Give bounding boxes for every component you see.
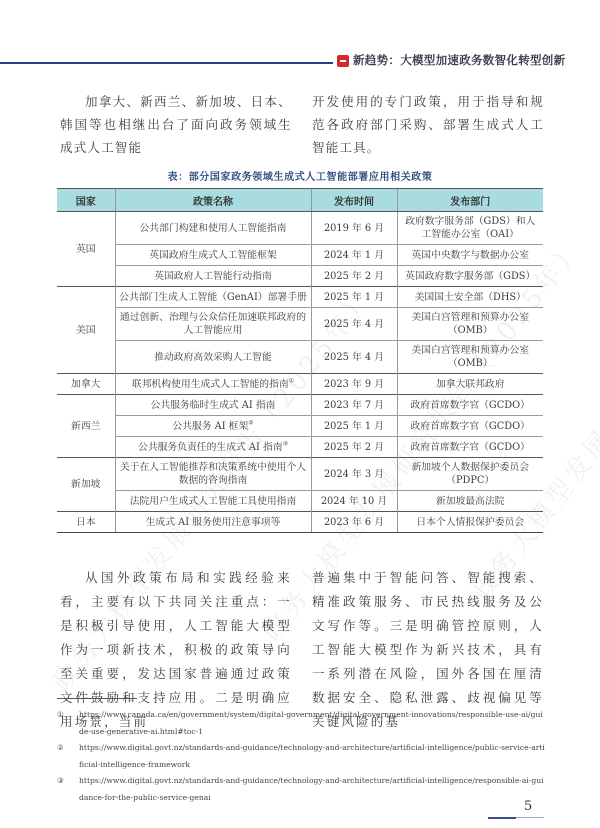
department-cell: 政府首席数字官（GCDO） xyxy=(397,416,543,437)
country-cell: 新加坡 xyxy=(57,458,115,512)
table-header-row: 国家 政策名称 发布时间 发布部门 xyxy=(57,189,543,212)
table-row: 通过创新、治理与公众信任加速联邦政府的人工智能应用 2025 年 4 月 美国白… xyxy=(57,308,543,341)
column-header-date: 发布时间 xyxy=(311,189,397,212)
policy-text: 联邦机构使用生成式人工智能的指南 xyxy=(132,379,289,390)
table-row: 新西兰 公共服务临时生成式 AI 指南 2023 年 7 月 政府首席数字官（G… xyxy=(57,395,543,416)
policy-cell: 公共服务 AI 框架② xyxy=(115,416,311,437)
country-cell: 日本 xyxy=(57,512,115,533)
footnote: ③ https://www.digital.govt.nz/standards-… xyxy=(57,772,547,806)
policy-cell: 通过创新、治理与公众信任加速联邦政府的人工智能应用 xyxy=(115,308,311,341)
table-caption: 表：部分国家政务领域生成式人工智能部署应用相关政策 xyxy=(0,168,600,183)
country-cell: 英国 xyxy=(57,212,115,287)
footnote-link[interactable]: https://www.canada.ca/en/government/syst… xyxy=(79,706,547,740)
date-cell: 2024 年 10 月 xyxy=(311,491,397,512)
intro-paragraph-right: 开发使用的专门政策，用于指导和规范各政府部门采购、部署生成式人工智能工具。 xyxy=(312,90,544,159)
policy-cell: 生成式 AI 服务使用注意事项等 xyxy=(115,512,311,533)
country-cell: 新西兰 xyxy=(57,395,115,458)
table-row: 加拿大 联邦机构使用生成式人工智能的指南① 2023 年 9 月 加拿大联邦政府 xyxy=(57,374,543,395)
date-cell: 2025 年 1 月 xyxy=(311,287,397,308)
footnote-link[interactable]: https://www.digital.govt.nz/standards-an… xyxy=(79,739,547,773)
date-cell: 2024 年 3 月 xyxy=(311,458,397,491)
footnote-number: ③ xyxy=(57,772,64,789)
policy-cell: 关于在人工智能推荐和决策系统中使用个人数据的咨询指南 xyxy=(115,458,311,491)
column-header-department: 发布部门 xyxy=(397,189,543,212)
date-cell: 2023 年 7 月 xyxy=(311,395,397,416)
department-cell: 英国政府数字服务部（GDS） xyxy=(397,266,543,287)
policy-cell: 推动政府高效采购人工智能 xyxy=(115,341,311,374)
policy-text: 公共服务 AI 框架 xyxy=(172,421,248,432)
header-rule xyxy=(0,62,333,64)
table-row: 英国政府人工智能行动指南 2025 年 2 月 英国政府数字服务部（GDS） xyxy=(57,266,543,287)
column-header-policy: 政策名称 xyxy=(115,189,311,212)
date-cell: 2025 年 2 月 xyxy=(311,437,397,458)
date-cell: 2023 年 9 月 xyxy=(311,374,397,395)
date-cell: 2025 年 1 月 xyxy=(311,416,397,437)
date-cell: 2025 年 2 月 xyxy=(311,266,397,287)
footnote: ② https://www.digital.govt.nz/standards-… xyxy=(57,739,547,773)
date-cell: 2019 年 6 月 xyxy=(311,212,397,245)
table-row: 法院用户生成式人工智能工具使用指南 2024 年 10 月 新加坡最高法院 xyxy=(57,491,543,512)
department-cell: 美国国土安全部（DHS） xyxy=(397,287,543,308)
footnote: ① https://www.canada.ca/en/government/sy… xyxy=(57,706,547,740)
country-cell: 加拿大 xyxy=(57,374,115,395)
country-cell: 美国 xyxy=(57,287,115,374)
policy-cell: 英国政府生成式人工智能框架 xyxy=(115,245,311,266)
date-cell: 2025 年 4 月 xyxy=(311,341,397,374)
page-number-rule xyxy=(516,817,544,818)
policy-cell: 英国政府人工智能行动指南 xyxy=(115,266,311,287)
department-cell: 日本个人情报保护委员会 xyxy=(397,512,543,533)
table-row: 英国 公共部门构建和使用人工智能指南 2019 年 6 月 政府数字服务部（GD… xyxy=(57,212,543,245)
intro-paragraph-left: 加拿大、新西兰、新加坡、日本、韩国等也相继出台了面向政务领域生成式人工智能 xyxy=(60,90,292,159)
footnote-divider xyxy=(57,698,137,699)
department-cell: 美国白宫管理和预算办公室（OMB） xyxy=(397,341,543,374)
date-cell: 2023 年 6 月 xyxy=(311,512,397,533)
date-cell: 2024 年 1 月 xyxy=(311,245,397,266)
footnote-ref[interactable]: ① xyxy=(289,377,294,384)
page-number-rule xyxy=(488,817,516,819)
footnote-ref[interactable]: ③ xyxy=(283,440,288,447)
policy-cell: 公共服务负责任的生成式 AI 指南③ xyxy=(115,437,311,458)
department-cell: 政府首席数字官（GCDO） xyxy=(397,395,543,416)
table-row: 日本 生成式 AI 服务使用注意事项等 2023 年 6 月 日本个人情报保护委… xyxy=(57,512,543,533)
policy-cell: 联邦机构使用生成式人工智能的指南① xyxy=(115,374,311,395)
table-row: 英国政府生成式人工智能框架 2024 年 1 月 英国中央数字与数据办公室 xyxy=(57,245,543,266)
table-row: 公共服务负责任的生成式 AI 指南③ 2025 年 2 月 政府首席数字官（GC… xyxy=(57,437,543,458)
policy-table: 国家 政策名称 发布时间 发布部门 英国 公共部门构建和使用人工智能指南 201… xyxy=(57,188,543,533)
table-row: 新加坡 关于在人工智能推荐和决策系统中使用个人数据的咨询指南 2024 年 3 … xyxy=(57,458,543,491)
department-cell: 新加坡最高法院 xyxy=(397,491,543,512)
footnote-number: ② xyxy=(57,739,64,756)
department-cell: 新加坡个人数据保护委员会（PDPC） xyxy=(397,458,543,491)
policy-cell: 公共部门生成人工智能（GenAI）部署手册 xyxy=(115,287,311,308)
department-cell: 政府首席数字官（GCDO） xyxy=(397,437,543,458)
footnote-ref[interactable]: ② xyxy=(248,419,253,426)
footnote-link[interactable]: https://www.digital.govt.nz/standards-an… xyxy=(79,772,547,806)
running-header-title: 新趋势：大模型加速政务数智化转型创新 xyxy=(353,52,565,68)
date-cell: 2025 年 4 月 xyxy=(311,308,397,341)
policy-cell: 公共部门构建和使用人工智能指南 xyxy=(115,212,311,245)
policy-cell: 公共服务临时生成式 AI 指南 xyxy=(115,395,311,416)
table-row: 推动政府高效采购人工智能 2025 年 4 月 美国白宫管理和预算办公室（OMB… xyxy=(57,341,543,374)
table-row: 公共服务 AI 框架② 2025 年 1 月 政府首席数字官（GCDO） xyxy=(57,416,543,437)
department-cell: 美国白宫管理和预算办公室（OMB） xyxy=(397,308,543,341)
footnote-number: ① xyxy=(57,706,64,723)
column-header-country: 国家 xyxy=(57,189,115,212)
policy-text: 公共服务负责任的生成式 AI 指南 xyxy=(138,442,283,453)
section-marker-icon xyxy=(337,55,349,67)
department-cell: 加拿大联邦政府 xyxy=(397,374,543,395)
table-row: 美国 公共部门生成人工智能（GenAI）部署手册 2025 年 1 月 美国国土… xyxy=(57,287,543,308)
department-cell: 英国中央数字与数据办公室 xyxy=(397,245,543,266)
policy-cell: 法院用户生成式人工智能工具使用指南 xyxy=(115,491,311,512)
department-cell: 政府数字服务部（GDS）和人工智能办公室（OAI） xyxy=(397,212,543,245)
page-number: 5 xyxy=(524,799,532,814)
